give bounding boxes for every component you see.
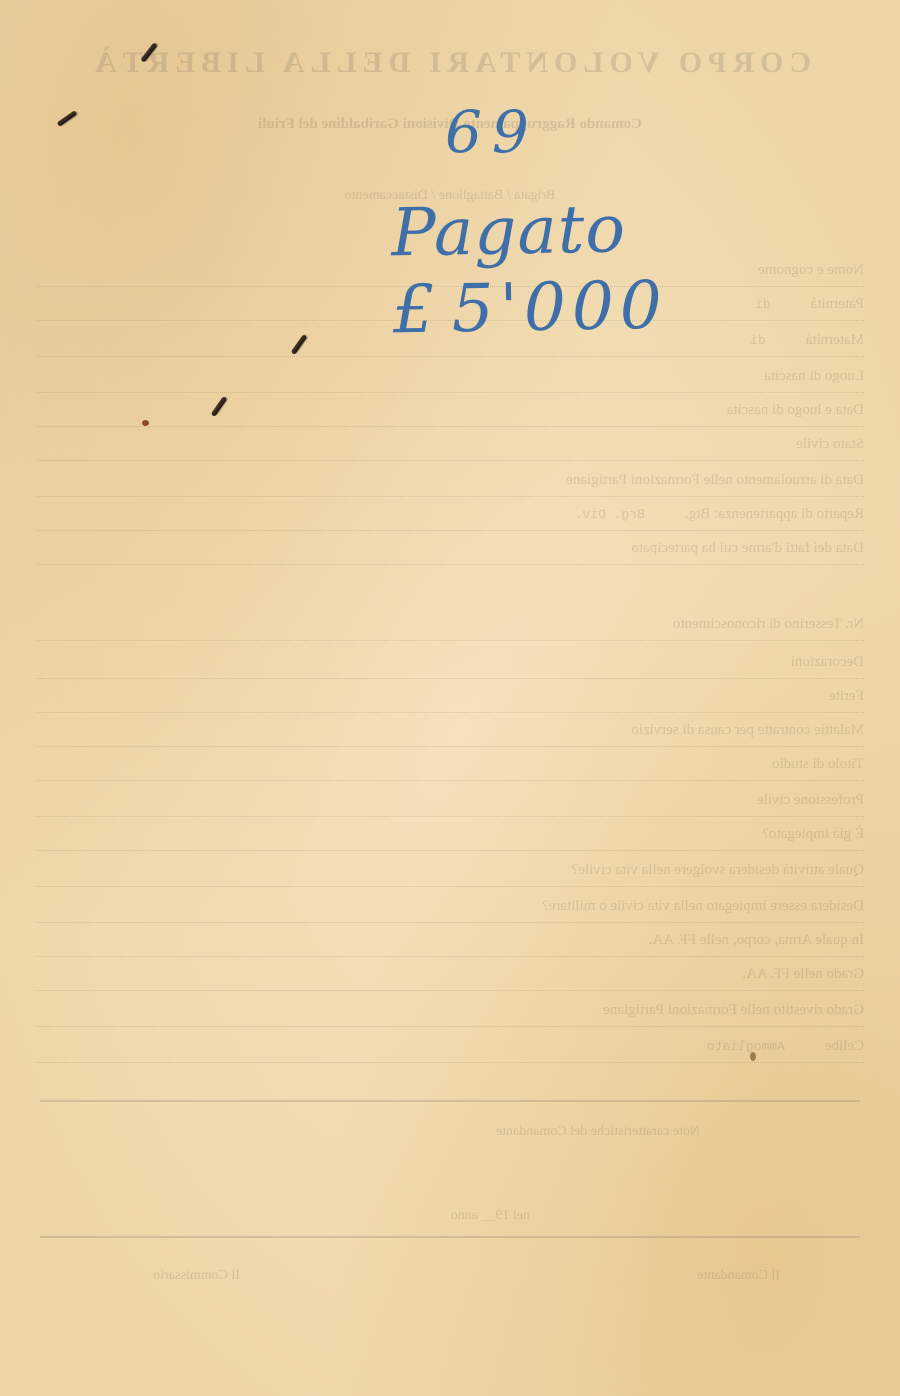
payment-amount: 5'000 — [451, 267, 668, 348]
ghost-divider — [40, 1100, 860, 1102]
ghost-field: Titolo di studio — [36, 756, 864, 781]
ghost-field: Grado nelle FF. AA. — [36, 966, 864, 991]
ghost-field: Data dei fatti d'arme cui ha partecipato — [36, 540, 864, 565]
stain-spot — [750, 1052, 756, 1061]
payment-word: Pagato — [391, 190, 627, 271]
ghost-field: Nr. Tesserino di riconoscimento — [36, 616, 864, 641]
ghost-notes-label: Note caratteristiche del Comandante — [496, 1124, 700, 1140]
currency-symbol: £ — [392, 271, 436, 349]
ghost-field: Data di arruolamento nelle Formazioni Pa… — [36, 472, 864, 497]
ghost-field: Quale attività desidera svolgere nella v… — [36, 862, 864, 887]
ghost-field: Professione civile — [36, 792, 864, 817]
ghost-field: Malattie contratte per causa di servizio — [36, 722, 864, 747]
document-page: CORPO VOLONTARI DELLA LIBERTÀ Comando Ra… — [0, 0, 900, 1396]
ghost-field: È già impiegato? — [36, 826, 864, 851]
stain-spot — [142, 420, 149, 426]
ghost-date-label: nel 19__ anno — [451, 1208, 530, 1224]
handwritten-payment-note: Pagato £5'000 — [391, 186, 900, 349]
handwritten-number: 69 — [445, 98, 539, 166]
ghost-title: CORPO VOLONTARI DELLA LIBERTÀ — [0, 46, 900, 80]
ghost-field: Decorazioni — [36, 654, 864, 679]
ghost-divider — [40, 1236, 860, 1238]
ghost-field: CelibeAmmogliato — [36, 1038, 864, 1063]
ghost-field: Luogo di nascita — [36, 368, 864, 393]
ghost-field: Desidera essere impiegato nella vita civ… — [36, 898, 864, 923]
ghost-field: Data e luogo di nascita — [36, 402, 864, 427]
ghost-field: In quale Arma, corpo, nelle FF. AA. — [36, 932, 864, 957]
ghost-field: Grado rivestito nelle Formazioni Partigi… — [36, 1002, 864, 1027]
ghost-signature-left: Il Comandante — [697, 1268, 780, 1284]
ghost-field: Ferite — [36, 688, 864, 713]
ghost-signature-right: Il Commissario — [153, 1268, 240, 1284]
ghost-field: Reparto di appartenenza: Btg.Brg. Div. — [36, 506, 864, 531]
ghost-field: Stato civile — [36, 436, 864, 461]
